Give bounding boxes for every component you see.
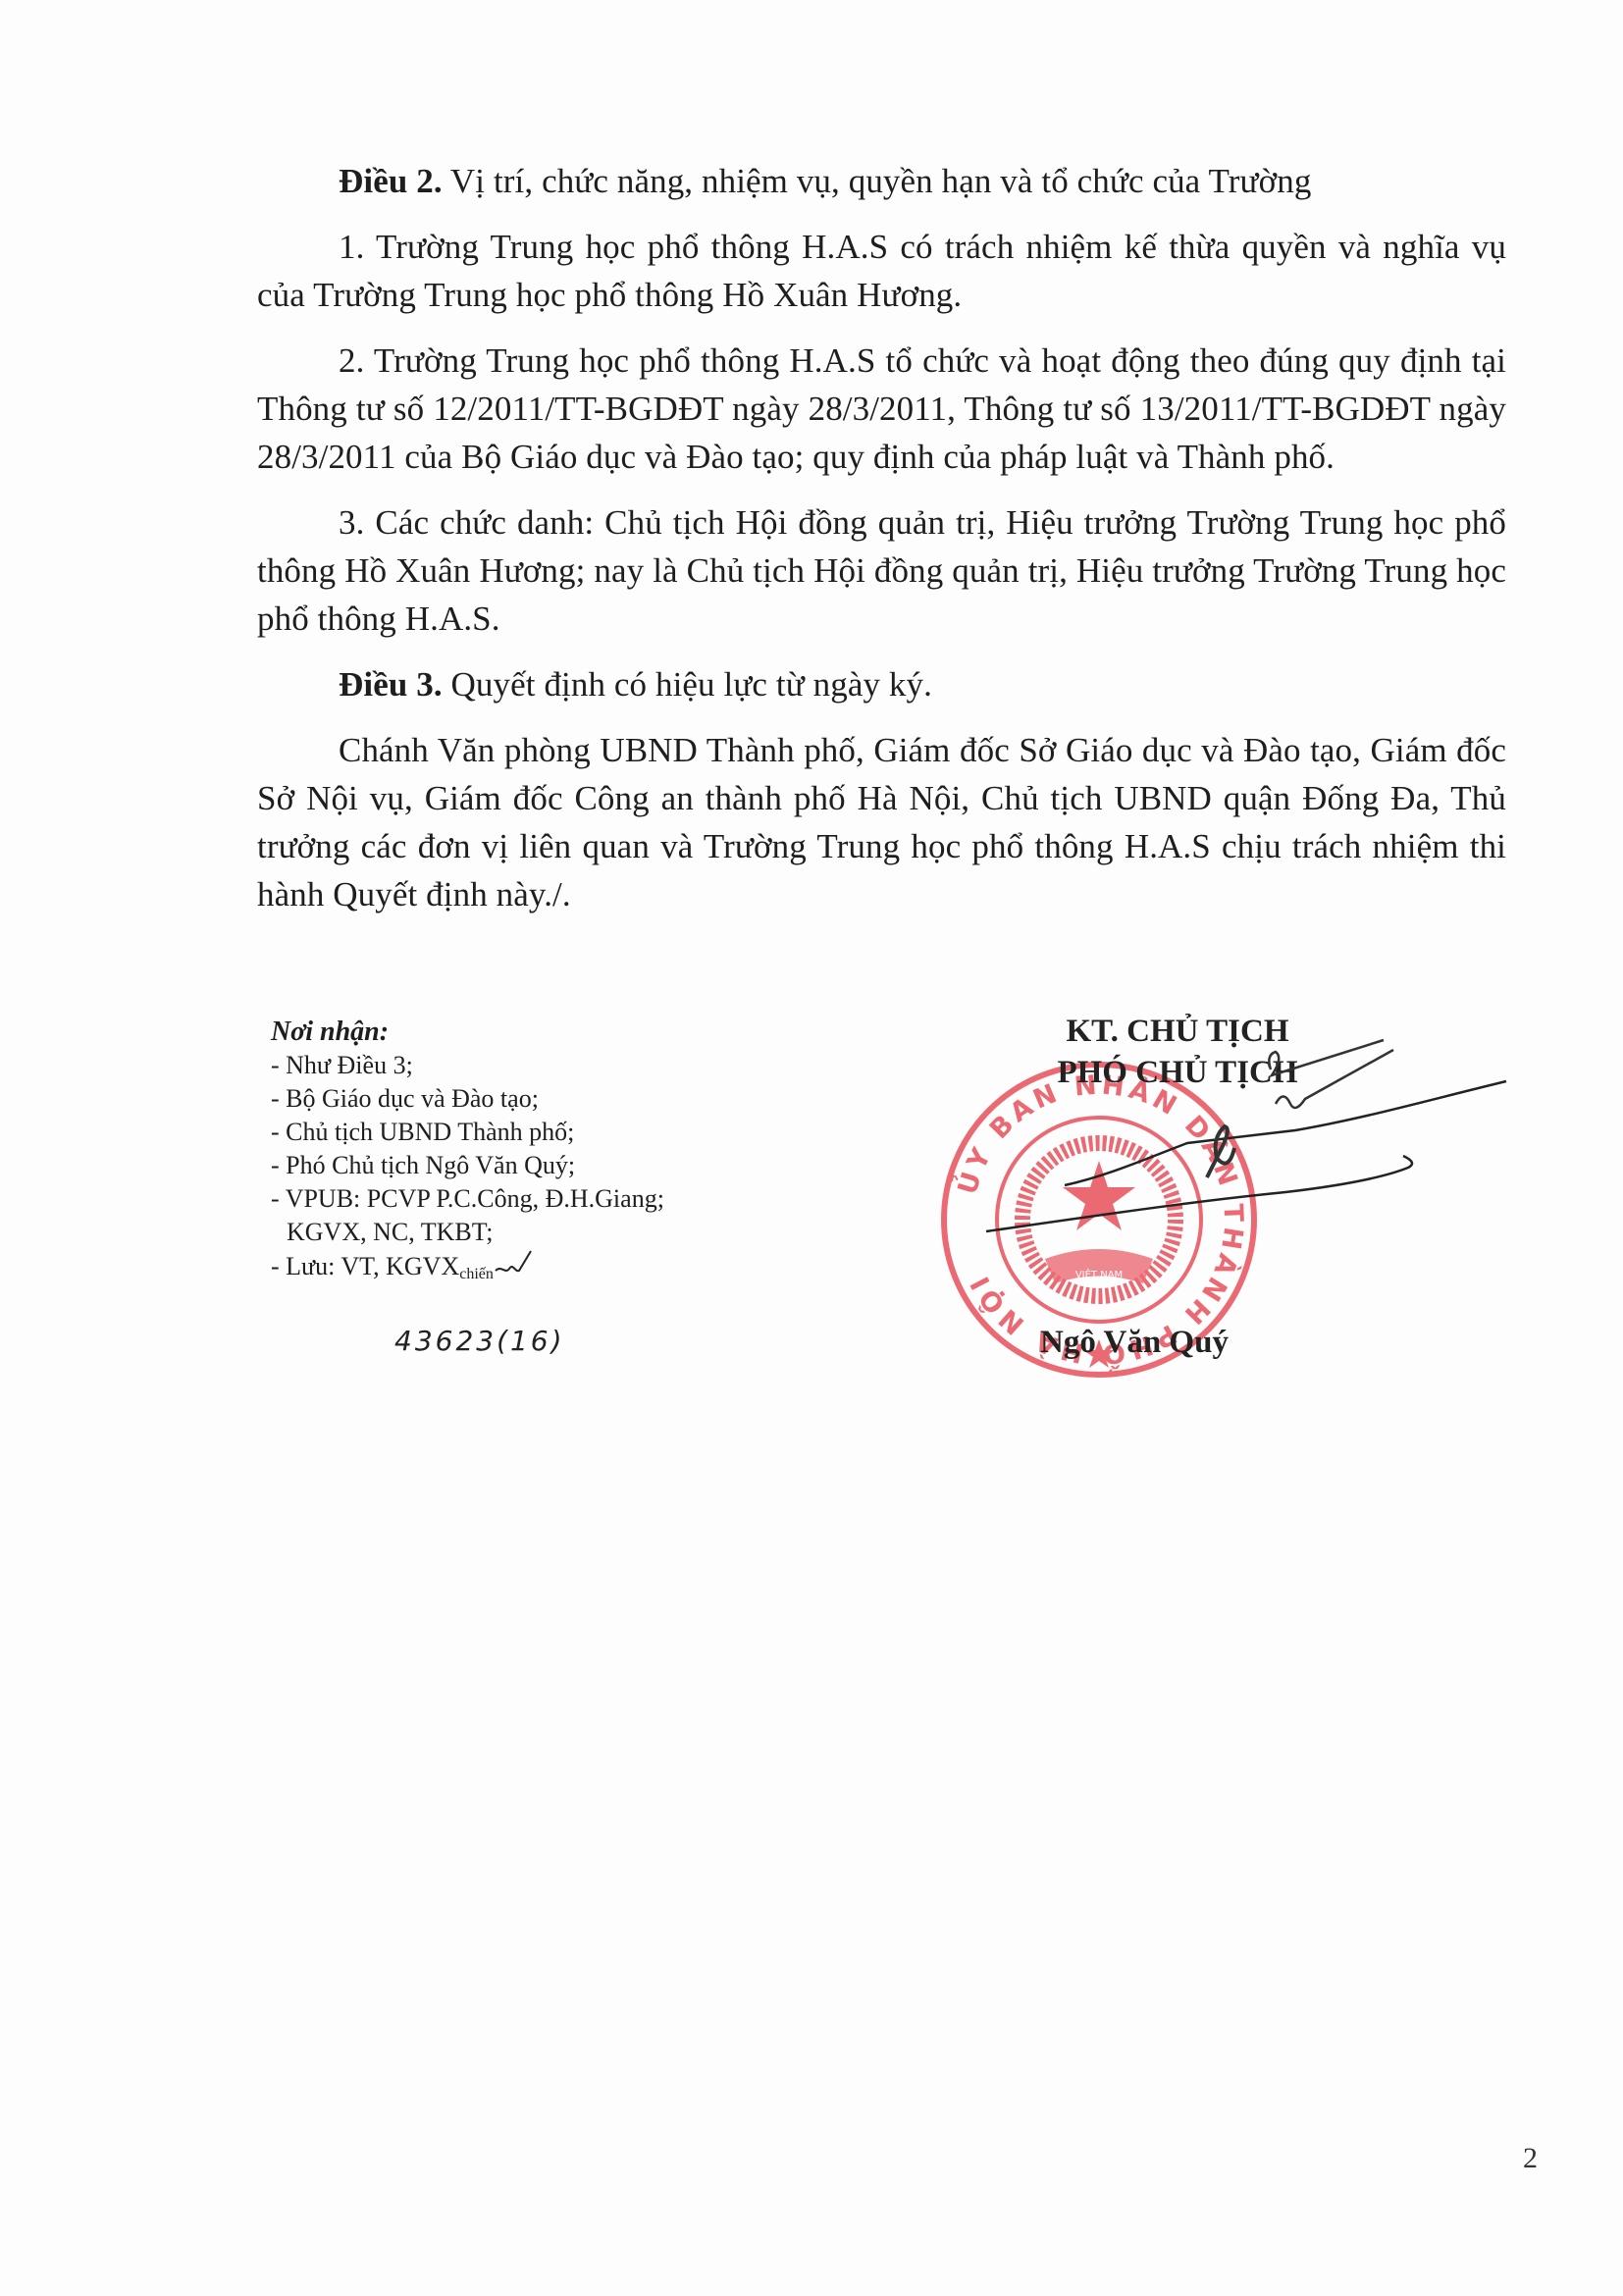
document-body: Điều 2. Vị trí, chức năng, nhiệm vụ, quy… — [257, 157, 1506, 936]
article-2-clause-2: 2. Trường Trung học phổ thông H.A.S tổ c… — [257, 337, 1506, 481]
initials-mark-icon — [494, 1249, 533, 1278]
article-label: Điều 3. — [339, 665, 443, 704]
handwritten-reference-code: 43623(16) — [394, 1325, 565, 1357]
recipient-item: - Phó Chủ tịch Ngô Văn Quý; — [271, 1149, 781, 1182]
archive-subscript: chiến — [459, 1266, 494, 1282]
recipient-item: - Chủ tịch UBND Thành phố; — [271, 1116, 781, 1149]
article-title: Vị trí, chức năng, nhiệm vụ, quyền hạn v… — [443, 162, 1312, 200]
recipient-item-archive: - Lưu: VT, KGVXchiến — [271, 1249, 781, 1291]
signer-name: Ngô Văn Quý — [1040, 1325, 1229, 1361]
recipient-item: KGVX, NC, TKBT; — [271, 1216, 781, 1249]
article-2-heading: Điều 2. Vị trí, chức năng, nhiệm vụ, quy… — [257, 157, 1506, 205]
recipient-item: - Như Điều 3; — [271, 1049, 781, 1082]
recipients-heading: Nơi nhận: — [271, 1016, 781, 1049]
article-2-clause-3: 3. Các chức danh: Chủ tịch Hội đồng quản… — [257, 498, 1506, 643]
recipient-item: - Bộ Giáo dục và Đào tạo; — [271, 1082, 781, 1116]
article-label: Điều 2. — [339, 162, 443, 200]
handwritten-signature-icon — [971, 1011, 1521, 1325]
closing-paragraph: Chánh Văn phòng UBND Thành phố, Giám đốc… — [257, 726, 1506, 918]
article-2-clause-1: 1. Trường Trung học phổ thông H.A.S có t… — [257, 223, 1506, 319]
document-page: Điều 2. Vị trí, chức năng, nhiệm vụ, quy… — [0, 0, 1623, 2296]
article-title: Quyết định có hiệu lực từ ngày ký. — [443, 665, 932, 704]
recipient-item: - VPUB: PCVP P.C.Công, Đ.H.Giang; — [271, 1182, 781, 1216]
article-3-heading: Điều 3. Quyết định có hiệu lực từ ngày k… — [257, 660, 1506, 708]
recipients-list: Nơi nhận: - Như Điều 3; - Bộ Giáo dục và… — [271, 1016, 781, 1291]
page-number: 2 — [1523, 2142, 1538, 2175]
archive-label: - Lưu: VT, KGVX — [271, 1252, 459, 1280]
